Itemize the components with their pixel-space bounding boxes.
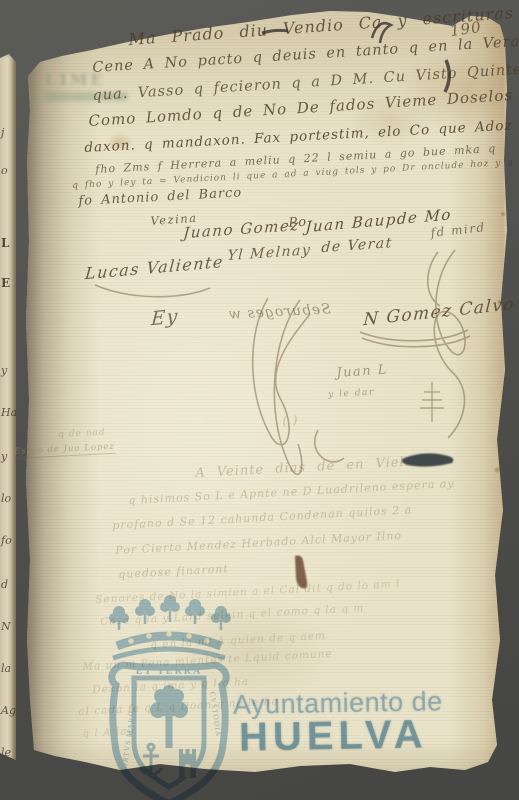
- crest-motto-top: ET TERRA: [136, 666, 202, 677]
- archive-watermark: ET TERRA PORTVS MARIS CVSTODIA: [0, 0, 519, 800]
- watermark-text-huelva: HUELVA: [239, 712, 428, 760]
- crown-icon: [113, 631, 225, 658]
- tree-icon: [150, 685, 188, 748]
- huelva-crest-icon: ET TERRA PORTVS MARIS CVSTODIA: [99, 592, 239, 800]
- tower-icon: [179, 749, 196, 778]
- crest-trees-icon: [110, 596, 231, 631]
- anchor-icon: [140, 744, 162, 778]
- manuscript-photo: L E j o y Ha y lo fo d N la Ag le 190 LI…: [0, 0, 519, 800]
